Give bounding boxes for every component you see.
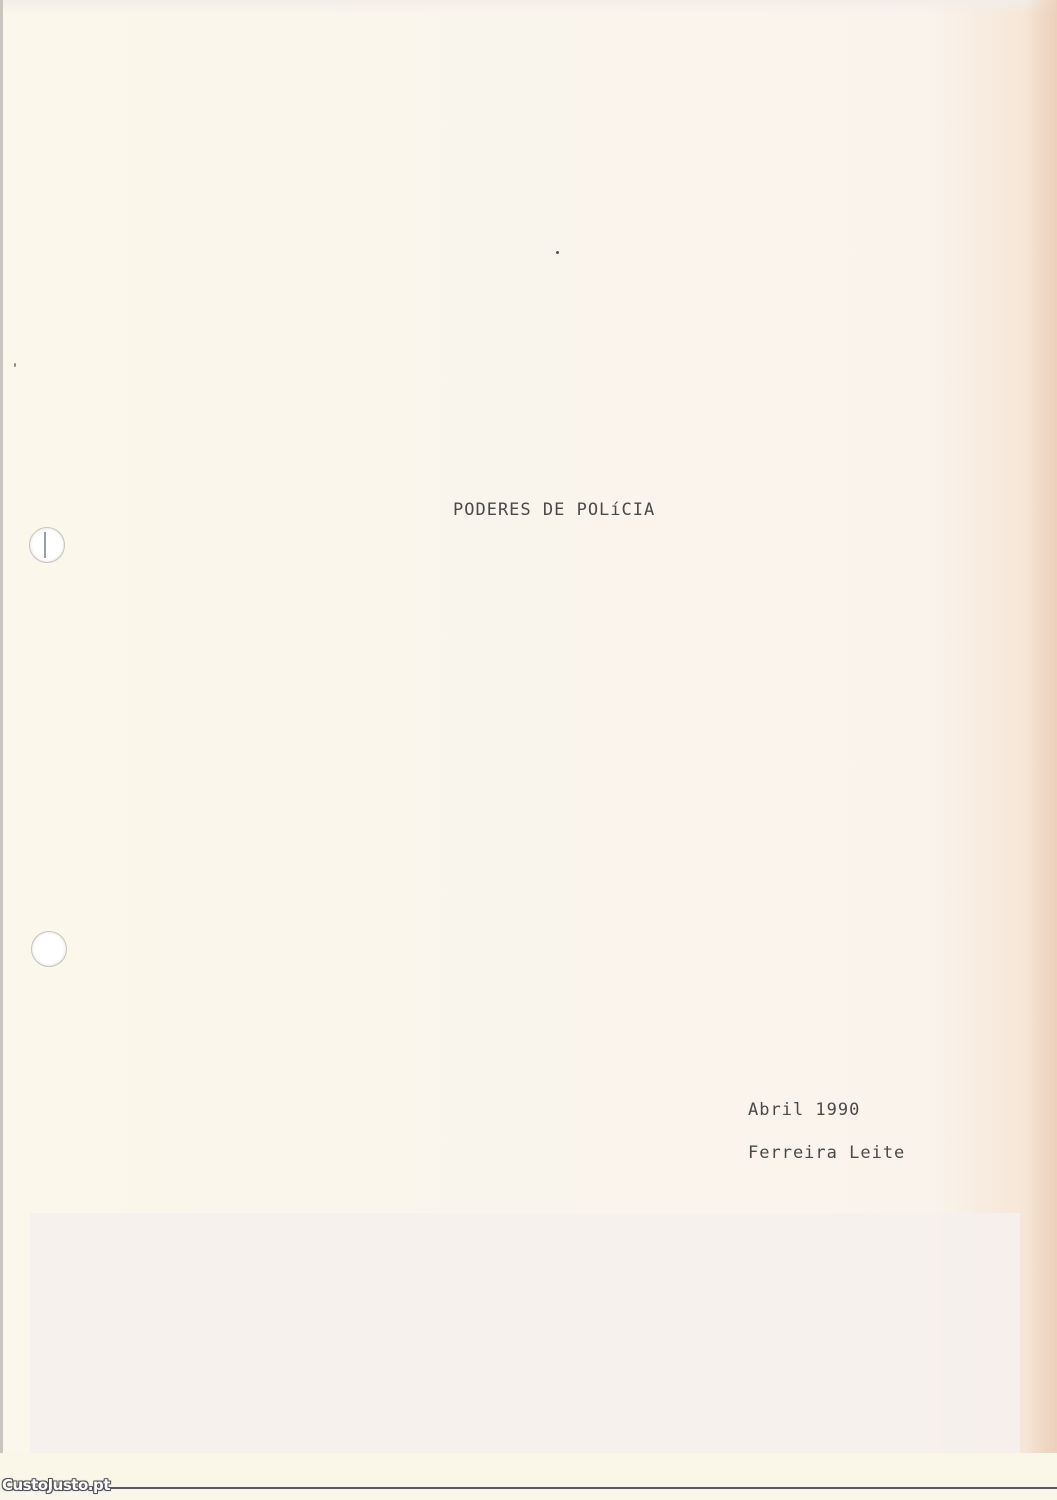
paper-left-edge <box>0 0 3 1488</box>
punch-hole-top <box>29 527 65 563</box>
document-title: PODERES DE POLíCIA <box>453 500 655 520</box>
paper-top-tint <box>0 0 1057 14</box>
page-bottom-border <box>30 1487 1057 1489</box>
paper-right-shadow <box>1025 0 1057 1488</box>
ink-speck <box>14 363 16 367</box>
document-author: Ferreira Leite <box>748 1143 905 1163</box>
paper-bottom-strip <box>0 1453 1057 1488</box>
ink-speck <box>556 251 559 254</box>
watermark-logo: CustoJusto.pt <box>2 1476 110 1494</box>
punch-hole-bottom <box>31 931 67 967</box>
paper-bottom-band <box>30 1213 1020 1453</box>
document-page: PODERES DE POLíCIA Abril 1990 Ferreira L… <box>0 0 1057 1488</box>
document-date: Abril 1990 <box>748 1100 860 1120</box>
